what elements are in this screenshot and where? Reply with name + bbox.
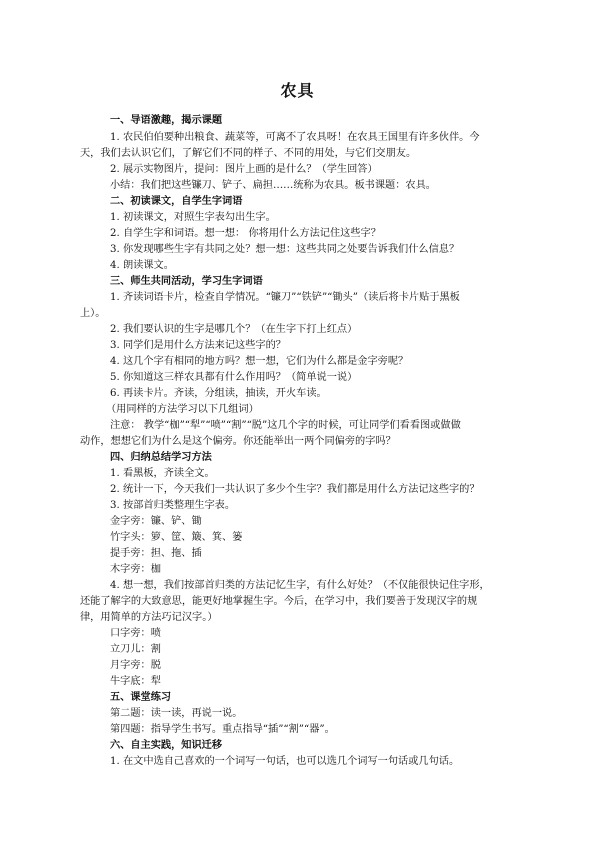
section-heading: 五、课堂练习 — [110, 691, 550, 704]
text-line: 金字旁：镰、铲、锄 — [110, 515, 550, 528]
text-line: 2. 自学生字和词语。想一想： 你将用什么方法记住这些字？ — [110, 227, 550, 240]
text-line: 2. 统计一下，今天我们一共认识了多少个生字？我们都是用什么方法记这些字的？ — [110, 483, 550, 496]
text-line: 3. 同学们是用什么方法来记这些字的？ — [110, 339, 550, 352]
text-line: 5. 你知道这三样农具都有什么作用吗？（简单说一说） — [110, 371, 550, 384]
text-line: 2. 展示实物图片，提问：图片上画的是什么？（学生回答） — [110, 163, 550, 176]
text-line: 3. 按部首归类整理生字表。 — [110, 499, 550, 512]
text-line: 还能了解字的大致意思，能更好地掌握生字。今后，在学习中，我们要善于发现汉字的规 — [80, 595, 520, 608]
text-line: （用同样的方法学习以下几组词） — [106, 403, 546, 416]
text-line: 4. 想一想，我们按部首归类的方法记忆生字，有什么好处？（不仅能很快记住字形， — [110, 579, 550, 592]
text-line: 2. 我们要认识的生字是哪几个？（在生字下打上红点） — [110, 323, 550, 336]
section-heading: 二、初读课文，自学生字词语 — [110, 195, 550, 208]
section-heading: 六、自主实践，知识迁移 — [110, 739, 550, 752]
text-line: 提手旁：担、拖、插 — [110, 547, 550, 560]
text-line: 4. 这几个字有相同的地方吗？想一想，它们为什么都是金字旁呢？ — [110, 355, 550, 368]
text-line: 1. 齐读词语卡片，检查自学情况。“镰刀”“铁铲”“锄头”（读后将卡片贴于黑板 — [110, 291, 550, 304]
text-line: 动作，想想它们为什么是这个偏旁。你还能举出一两个同偏旁的字吗？ — [80, 435, 520, 448]
text-line: 6. 再读卡片。齐读，分组读，抽读，开火车读。 — [110, 387, 550, 400]
text-line: 竹字头：箩、筐、簸、箕、篓 — [110, 531, 550, 544]
text-line: 3. 你发现哪些生字有共同之处？想一想：这些共同之处要告诉我们什么信息？ — [110, 243, 550, 256]
text-line: 立刀儿：割 — [110, 643, 550, 656]
text-line: 注意： 教学“枷”“犁”“喷”“割”“脱”这几个字的时候，可让同学们看看图或做做 — [110, 419, 550, 432]
text-line: 上）。 — [80, 307, 520, 320]
text-line: 1. 看黑板，齐读全文。 — [110, 467, 550, 480]
text-line: 木字旁：枷 — [110, 563, 550, 576]
text-line: 口字旁：喷 — [110, 627, 550, 640]
section-heading: 四、归纳总结学习方法 — [110, 451, 550, 464]
text-line: 小结：我们把这些镰刀、铲子、扁担……统称为农具。板书课题：农具。 — [110, 179, 550, 192]
text-line: 牛字底：犁 — [110, 675, 550, 688]
section-heading: 一、导语激趣，揭示课题 — [110, 114, 550, 127]
document-page: 农具 一、导语激趣，揭示课题1. 农民伯伯要种出粮食、蔬菜等，可离不了农具呀！在… — [0, 0, 595, 841]
text-line: 1. 在文中选自己喜欢的一个词写一句话，也可以选几个词写一句话或几句话。 — [110, 755, 550, 768]
text-line: 第四题：指导学生书写。重点指导“插”“割”“器”。 — [110, 723, 550, 736]
section-heading: 三、师生共同活动，学习生字词语 — [110, 275, 550, 288]
text-line: 律，用简单的方法巧记汉字。） — [80, 611, 520, 624]
text-line: 4. 朗读课文。 — [110, 259, 550, 272]
document-title: 农具 — [0, 78, 595, 101]
text-line: 第二题：读一读，再说一说。 — [110, 707, 550, 720]
text-line: 1. 农民伯伯要种出粮食、蔬菜等，可离不了农具呀！在农具王国里有许多伙伴。今 — [110, 131, 550, 144]
text-line: 月字旁：脱 — [110, 659, 550, 672]
text-line: 天，我们去认识它们，了解它们不同的样子、不同的用处，与它们交朋友。 — [80, 147, 520, 160]
text-line: 1. 初读课文，对照生字表勾出生字。 — [110, 211, 550, 224]
